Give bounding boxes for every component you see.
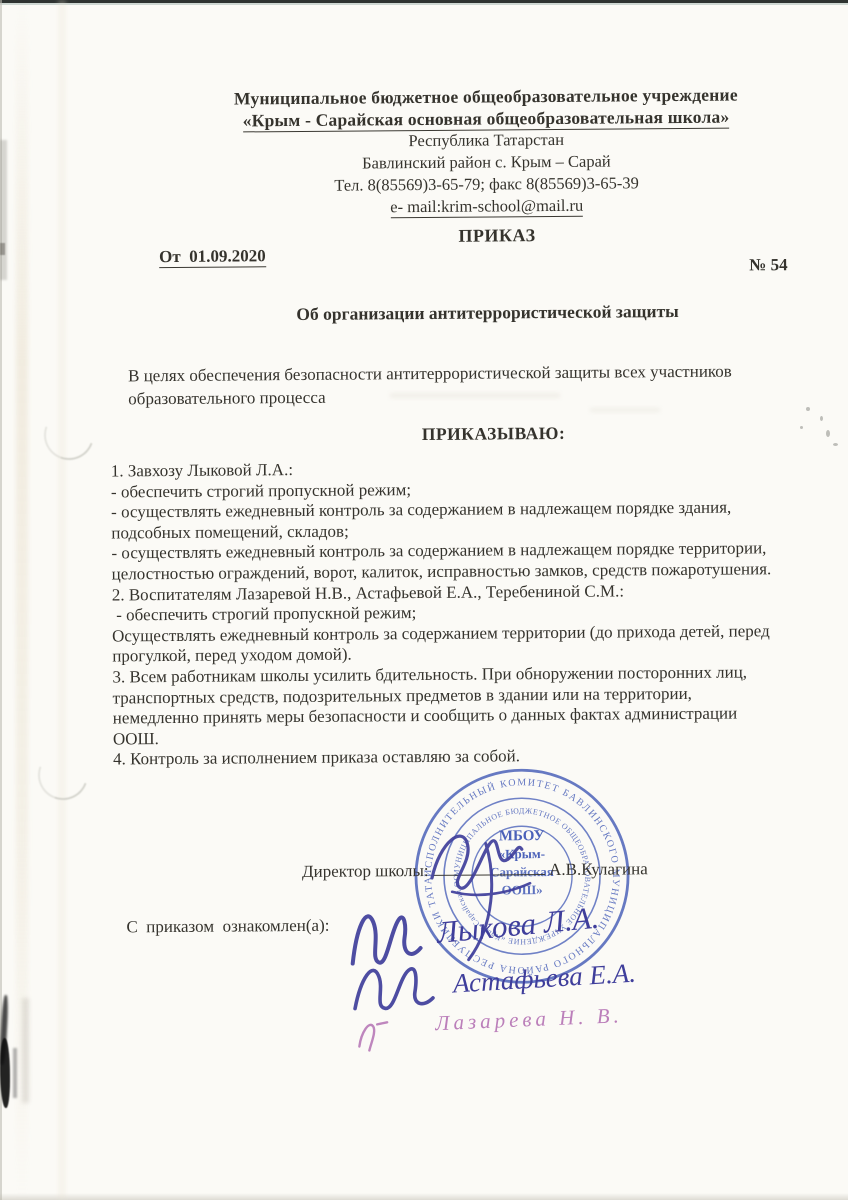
signature-flourish-1 xyxy=(352,916,420,964)
letterhead: Муниципальное бюджетное общеобразователь… xyxy=(116,83,848,221)
resolution-word: ПРИКАЗЫВАЮ: xyxy=(128,421,848,448)
preamble: В целях обеспечения безопасности антитер… xyxy=(128,360,732,411)
email-line: e- mail:krim-school@mail.ru xyxy=(390,196,583,219)
ink-signature-strokes xyxy=(271,806,733,1070)
order-date: От 01.09.2020 xyxy=(159,246,266,267)
document-content: Муниципальное бюджетное общеобразователь… xyxy=(0,0,848,1200)
order-number: № 54 xyxy=(749,255,787,275)
signature-flourish-3 xyxy=(359,1025,374,1051)
order-body: 1. Завхозу Лыковой Л.А.:- обеспечить стр… xyxy=(111,456,773,770)
signature-flourish-2 xyxy=(355,969,433,1009)
doc-type-heading: ПРИКАЗ xyxy=(117,222,848,249)
signature-flourish-3-dash xyxy=(377,1022,387,1024)
text-line: В целях обеспечения безопасности антитер… xyxy=(128,360,732,388)
scanned-order-page: Муниципальное бюджетное общеобразователь… xyxy=(0,0,848,1200)
text-line: образовательного процесса xyxy=(128,383,732,411)
director-signature-stroke xyxy=(432,836,522,889)
order-title: Об организации антитеррористической защи… xyxy=(118,300,848,327)
order-date-value: От 01.09.2020 xyxy=(159,246,266,268)
